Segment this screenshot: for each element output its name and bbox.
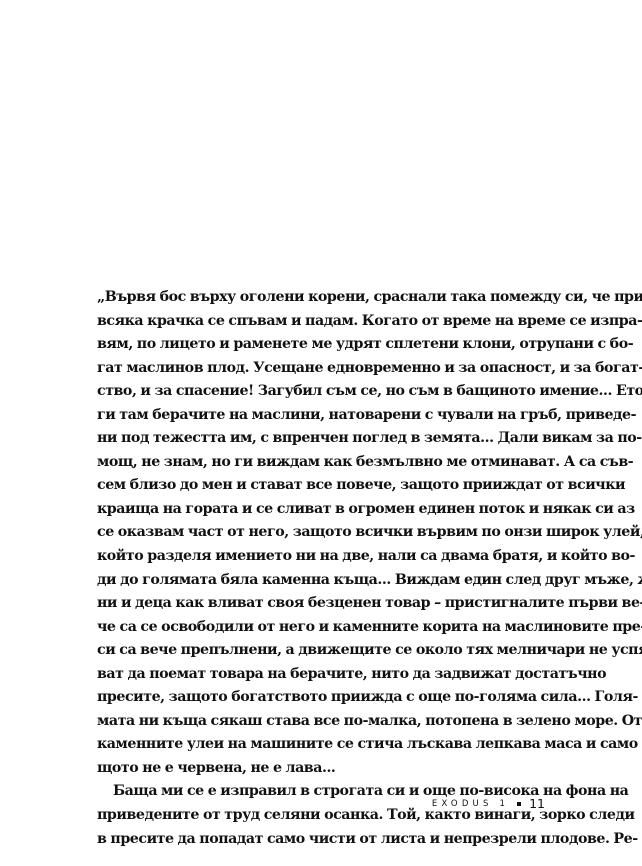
text-line: ство, и за спасение! Загубил съм се, но … [97, 380, 544, 404]
body-text: „Вървя бос върху оголени корени, сраснал… [97, 286, 544, 851]
text-line: мата ни къща сякаш става все по-малка, п… [97, 710, 544, 734]
text-line: си са вече препълнени, а движещите се ок… [97, 639, 544, 663]
book-page: „Вървя бос върху оголени корени, сраснал… [0, 0, 642, 866]
text-line: щото не е червена, не е лава... [97, 757, 544, 781]
page-footer: EXODUS 1 11 [420, 796, 545, 811]
text-line: ди до голямата бяла каменна къща... Вижд… [97, 569, 544, 593]
text-line: „Вървя бос върху оголени корени, сраснал… [97, 286, 544, 310]
text-line: гат маслинов плод. Усещане едновременно … [97, 357, 544, 381]
text-line: ват да поемат товара на берачите, нито д… [97, 663, 544, 687]
text-line: се оказвам част от него, защото всички в… [97, 521, 544, 545]
text-line: вям, по лицето и раменете ме удрят сплет… [97, 333, 544, 357]
text-line: че са се освободили от него и каменните … [97, 616, 544, 640]
text-line: мощ, не знам, но ги виждам как безмълвно… [97, 451, 544, 475]
running-head: EXODUS 1 [432, 799, 509, 809]
separator-square-icon [517, 802, 521, 806]
text-line: пресите, защото богатството прииждa с ощ… [97, 686, 544, 710]
text-line: в пресите да попадат само чисти от листа… [97, 828, 544, 852]
text-line: сем близо до мен и стават все повече, за… [97, 474, 544, 498]
text-line: краища на гората и се сливат в огромен е… [97, 498, 544, 522]
page-number: 11 [529, 796, 545, 811]
text-line: ни под тежестта им, с впренчен поглед в … [97, 427, 544, 451]
text-line: който разделя имението ни на две, нали с… [97, 545, 544, 569]
text-line: каменните улеи на машините се стича лъск… [97, 733, 544, 757]
text-line: ни и деца как вливат своя безценен товар… [97, 592, 544, 616]
text-line: ги там берачите на маслини, натоварени с… [97, 404, 544, 428]
text-line: всяка крачка се спъвам и падам. Когато о… [97, 310, 544, 334]
